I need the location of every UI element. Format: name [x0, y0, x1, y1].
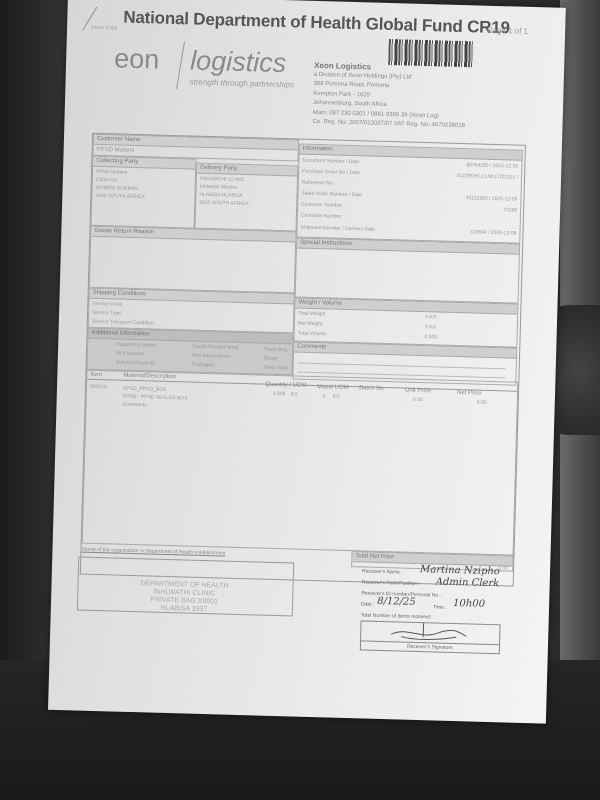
receiver-rank-value[interactable]: Admin Clerk [436, 576, 500, 589]
info-row-label: Purchase Order No / Date [302, 169, 360, 177]
item-quantity: 1.000 [273, 391, 286, 397]
additional-field: Temp Seal [264, 365, 288, 372]
info-row-value: 0122EDHLCLNK17/23101 / [457, 173, 519, 181]
col-header-net-price: Net Price [457, 390, 482, 397]
delivery-form: Customer Name PPSD Mobeni Collecting Par… [80, 133, 526, 587]
info-row-value: 80764280 / 2025-12-05 [466, 162, 518, 169]
item-unit-price: 0.00 [413, 397, 423, 403]
collecting-party-line: Citrus Rd [96, 177, 117, 184]
page-indicator: Page 1 of 1 [487, 26, 528, 36]
item-uom: EA [291, 391, 298, 397]
collecting-party-line: MOBENI DURBAN [96, 185, 138, 192]
receiver-name-value[interactable]: Martina Nzipho [420, 564, 500, 577]
info-row-value: 323694 / 2025-12-08 [470, 229, 517, 236]
additional-field: Goods Receipt Temp [192, 344, 239, 351]
weight-row-value: 5 KG [425, 324, 437, 330]
shipping-row: Service Type [92, 310, 121, 317]
time-label: Time : [433, 604, 447, 610]
collecting-party-label: Collecting Party [93, 157, 195, 170]
items-table: Item Material/Description Quantity / UOM… [82, 370, 519, 556]
clinic-stamp: DEPARTMENT OF HEALTH INHLWATHI CLINIC PR… [77, 578, 292, 616]
item-mass: 5 [323, 393, 326, 399]
delivery-party-line: 3937 SOUTH AFRICA [199, 200, 249, 207]
delivery-note-paper: Driver Copy National Department of Healt… [48, 0, 566, 724]
shipping-row: Service Transport Condition [92, 319, 154, 327]
info-row-value: 73190 [503, 207, 517, 213]
col-header-mass: Mass/ UOM [317, 384, 349, 391]
info-row-label: Customer Number [301, 202, 342, 209]
special-instructions-box: Special Instructions [295, 237, 521, 303]
shipping-conditions-box: Shipping Conditions Service Level Servic… [88, 288, 295, 334]
col-header-quantity: Quantity / UOM [265, 382, 306, 389]
copy-label: Driver Copy [91, 25, 118, 32]
info-row-label: Shipment Number / Delivery Date [300, 225, 375, 233]
additional-field: Pick Number [116, 350, 145, 357]
receiver-block: Receiver's Name : Martina Nzipho Receive… [359, 564, 542, 669]
item-comment: Comments [122, 402, 146, 409]
col-header-item: Item [90, 372, 102, 378]
document-title: National Department of Health Global Fun… [123, 8, 510, 39]
item-description: PPSD - PPSD SEALED BOX [123, 394, 188, 402]
additional-field: Delivery Route ID [116, 359, 155, 366]
comment-line [298, 363, 506, 370]
additional-field: Packaged [192, 362, 214, 369]
info-row-label: Reference No [302, 180, 333, 187]
additional-info-box: Additional Information Hazardous Goods P… [87, 328, 294, 376]
weight-row-value: 5 KG [425, 314, 437, 320]
delivery-party-line: HLABISA HLABISA [199, 192, 243, 199]
signature-box[interactable]: Receiver's Signature [360, 620, 501, 654]
item-mass-uom: KG [333, 394, 340, 400]
information-box: Information Document Number / Date 80764… [296, 144, 523, 244]
date-value[interactable]: 8/12/25 [377, 596, 416, 608]
weight-row-label: Total Volume [298, 331, 327, 338]
additional-field: Driver [264, 356, 278, 362]
additional-field: Hazardous Goods [116, 341, 156, 348]
weight-volume-box: Weight / Volume Total Weight 5 KG Net We… [293, 297, 518, 347]
weight-row-label: Net Weight [298, 321, 323, 328]
receiver-rank-label: Receiver's Rank/Position : [362, 579, 420, 587]
weight-row-label: Total Weight [298, 311, 326, 318]
logo-tagline: strength through partnerships [189, 77, 294, 89]
col-header-unit-price: Unit Price [405, 388, 431, 395]
collecting-party-line: 4060 SOUTH AFRICA [95, 193, 145, 200]
customer-name-value: PPSD Mobeni [97, 147, 135, 154]
delivery-party-label: Delivery Party [197, 164, 297, 177]
logo-divider [176, 41, 185, 88]
delivery-party-line: INHLWATHI CLINIC [200, 176, 245, 183]
delivery-party-box: Delivery Party INHLWATHI CLINIC Inhlwath… [194, 163, 298, 232]
stamp-area-label: Stamp of the organisation or Department … [81, 547, 225, 557]
weight-row-value: 0.000 [424, 334, 437, 340]
logo-word-eon: eon [114, 43, 160, 75]
delivery-party-line: Inhlwathi Mission [200, 184, 238, 191]
date-label: Date : [361, 601, 375, 607]
item-number: 000010 [90, 384, 107, 390]
items-received-label: Total Number of Items received : [361, 612, 433, 620]
time-value[interactable]: 10h00 [453, 598, 485, 610]
additional-field: Truck Reg [264, 347, 287, 354]
info-row-label: Document Number / Date [302, 158, 359, 166]
col-header-batch: Batch No [359, 385, 384, 392]
additional-field: Max temperature [192, 353, 230, 360]
goods-return-box: Goods Return Reason [89, 226, 297, 294]
company-address-block: Xeon Logistics a Division of Xeon Holdin… [312, 61, 466, 132]
receiver-name-label: Receiver's Name : [362, 568, 403, 575]
logo-word-logistics: logistics [190, 45, 287, 79]
shipping-row: Service Level [92, 301, 122, 308]
collecting-party-line: PPSD Mobeni [96, 169, 128, 176]
item-material: PPSD_PPSD_BOX [123, 386, 167, 393]
info-row-value: 40112983 / 2025-12-05 [466, 195, 518, 202]
collecting-party-box: Collecting Party PPSD Mobeni Citrus Rd M… [91, 156, 197, 229]
info-row-label: Container Number [301, 213, 342, 220]
info-row-label: Sales Order Number / Date [301, 191, 362, 199]
item-net-price: 0.00 [477, 400, 487, 406]
